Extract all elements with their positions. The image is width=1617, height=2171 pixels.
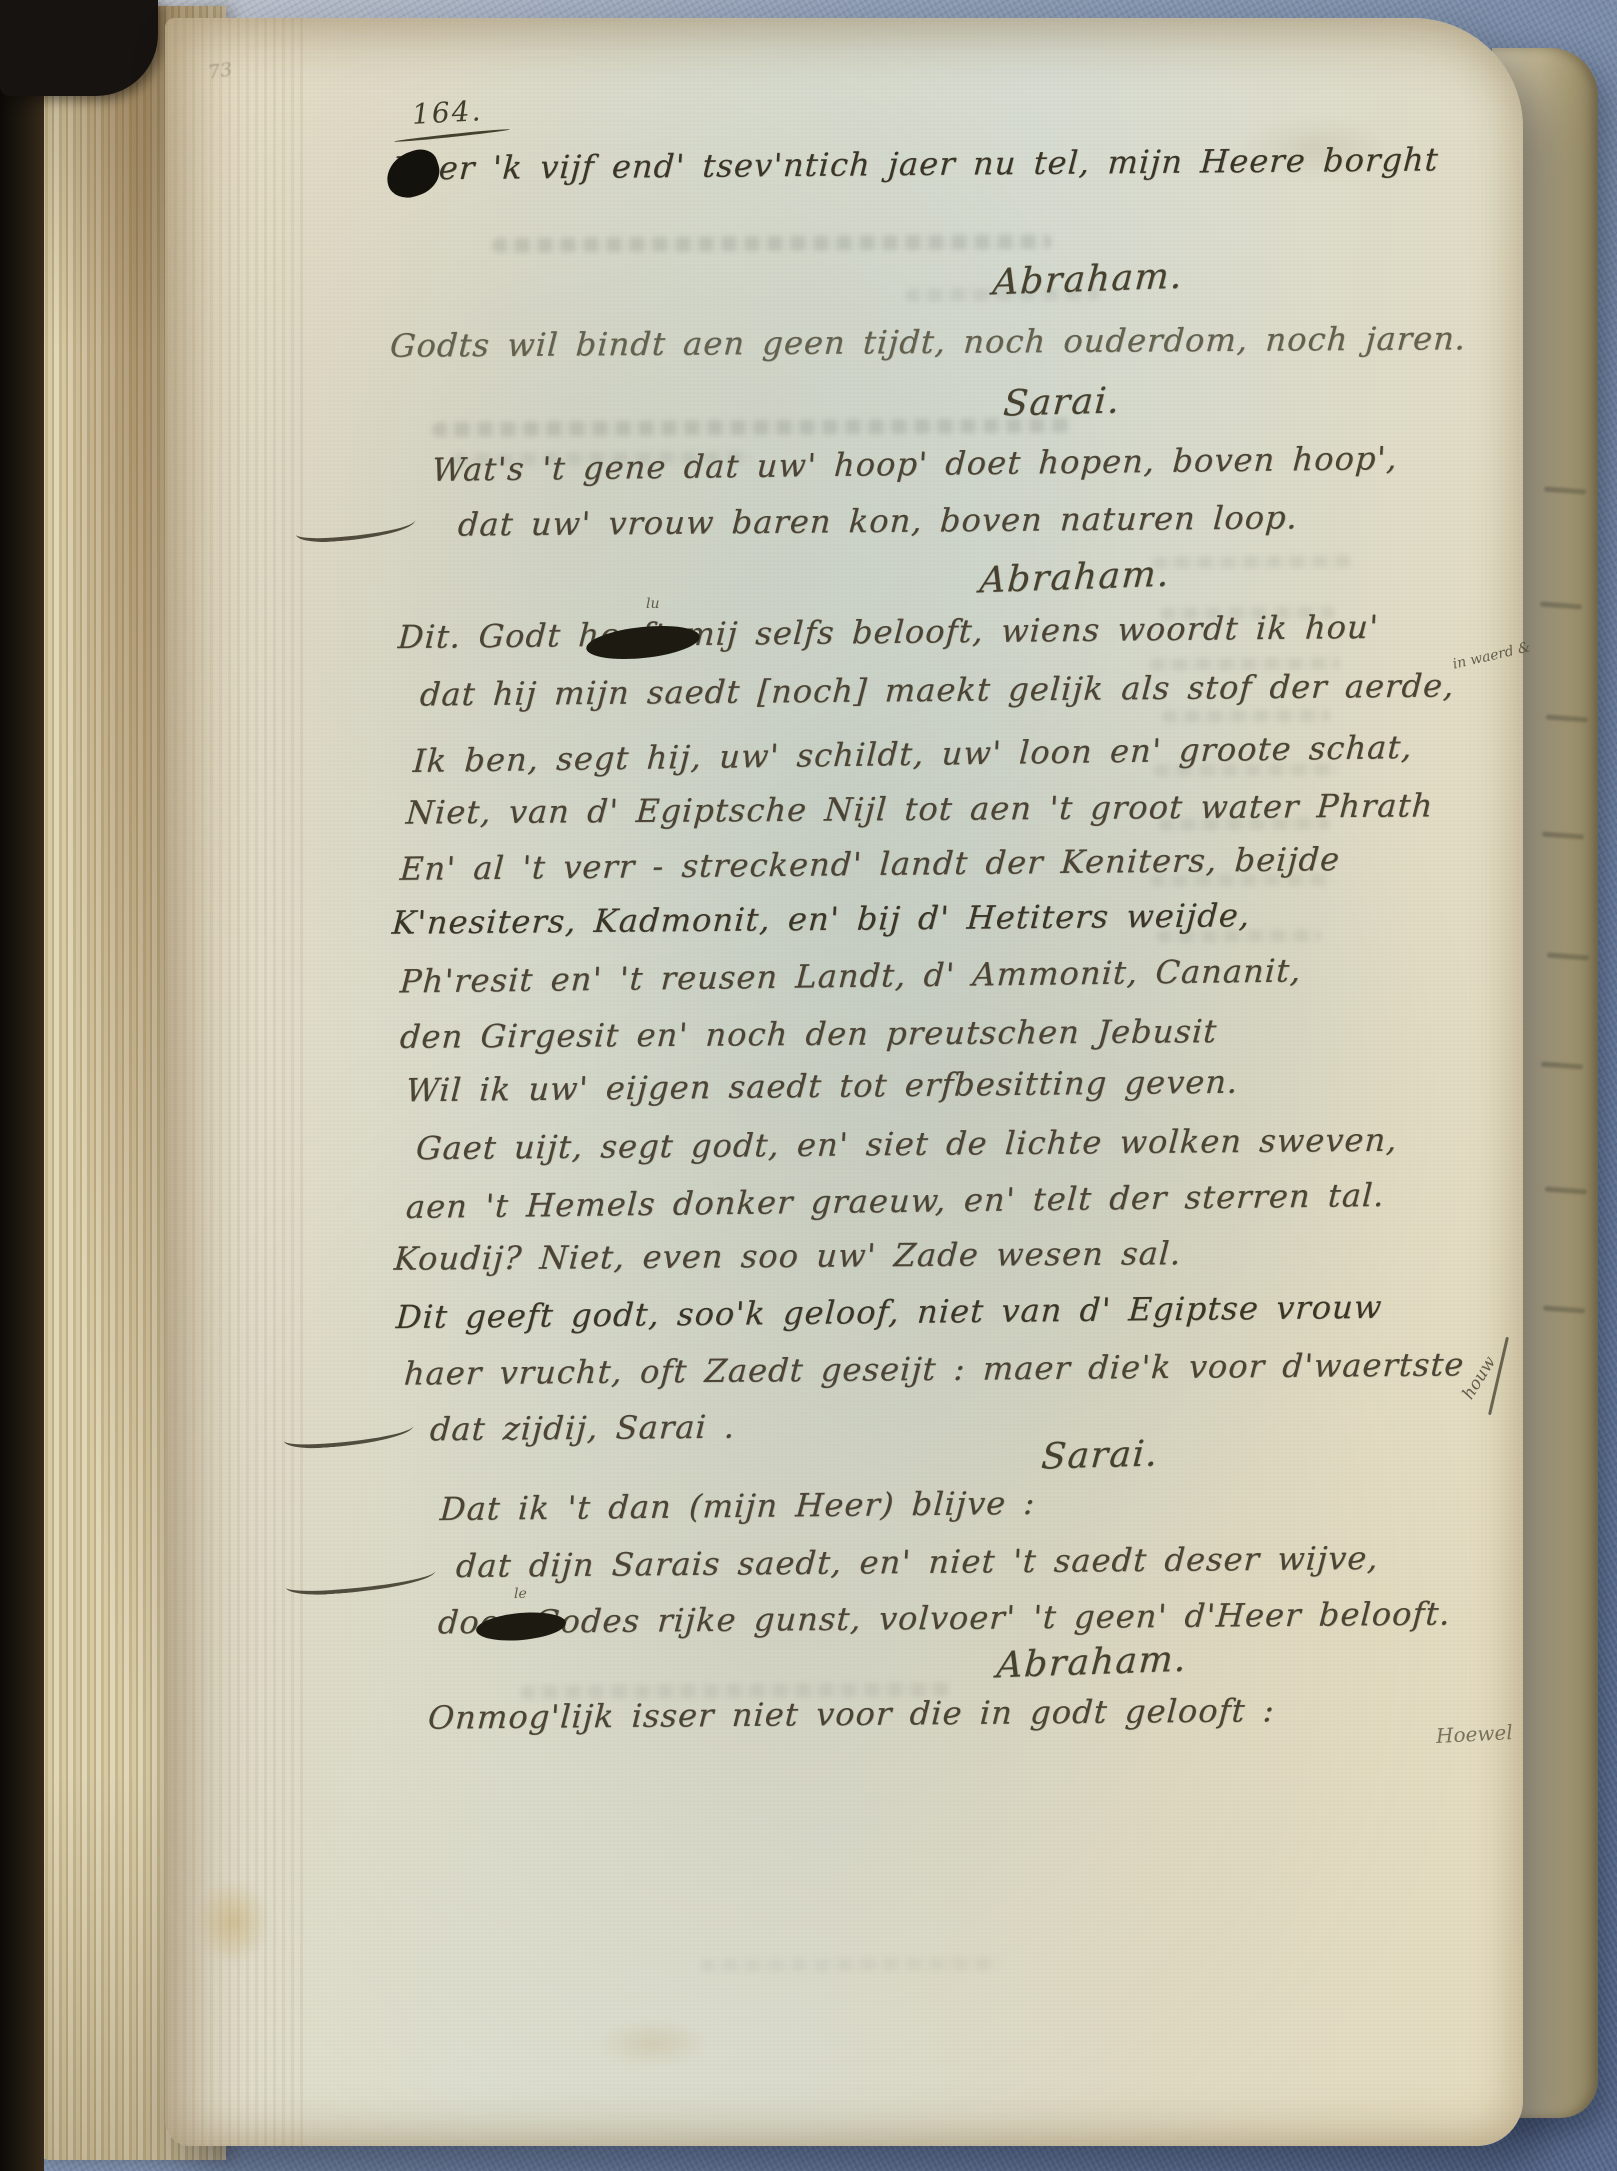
verse-line: dat uw' vrouw baren kon, boven naturen l… (457, 501, 1299, 540)
verse-line: Dat ik 't dan (mijn Heer) blijve : (439, 1487, 1036, 1525)
verse-line: haer vrucht, oft Zaedt geseijt : maer di… (403, 1348, 1465, 1389)
adjacent-page-script-marks (1538, 470, 1596, 1620)
verse-line: dat dijn Sarais saedt, en' niet 't saedt… (455, 1542, 1380, 1582)
paper-stain (196, 1880, 270, 1964)
manuscript-photo: { "manuscript": { "page_number": "164.",… (0, 0, 1617, 2171)
faint-folio-mark: 73 (207, 58, 234, 83)
bleedthrough-line (1152, 555, 1352, 568)
verse-line: Koudij? Niet, even soo uw' Zade wesen sa… (393, 1237, 1183, 1275)
speaker-heading: Abraham. (995, 1642, 1188, 1685)
speaker-heading: Abraham. (991, 259, 1184, 302)
catchword: Hoewel (1435, 1720, 1513, 1748)
verse-line: door Godes rijke gunst, volvoer' 't geen… (437, 1598, 1452, 1639)
verse-line: Godts wil bindt aen geen tijdt, noch oud… (389, 322, 1467, 362)
book-cover-corner (0, 0, 158, 96)
speaker-heading: Sarai. (1040, 1436, 1160, 1475)
verse-line: Onmog'lijk isser niet voor die in godt g… (427, 1694, 1276, 1733)
verse-line: Dit. Godt heeft mij selfs belooft, wiens… (397, 611, 1380, 653)
edge-script-mark (1546, 715, 1588, 723)
verse-line: den Girgesit en' noch den preutschen Jeb… (399, 1015, 1218, 1053)
verse-line: Wil ik uw' eijgen saedt tot erfbesitting… (405, 1066, 1239, 1107)
edge-script-mark (1545, 1187, 1587, 1195)
verse-line: Gaet uijt, segt godt, en' siet de lichte… (415, 1124, 1399, 1165)
bleedthrough-line (700, 1957, 1000, 1972)
paper-stain (598, 2020, 708, 2066)
edge-script-mark (1541, 1062, 1583, 1070)
edge-script-mark (1543, 1306, 1585, 1314)
verse-line: dat hij mijn saedt [noch] maekt gelijk a… (419, 669, 1455, 710)
verse-line: Dit geeft godt, soo'k geloof, niet van d… (395, 1291, 1383, 1333)
edge-script-mark (1547, 953, 1589, 961)
verse-line: En' al 't verr - streckend' landt der Ke… (399, 843, 1341, 885)
verse-line: K'nesiters, Kadmonit, en' bij d' Hetiter… (391, 899, 1251, 939)
verse-line: dat zijdij, Sarai . (429, 1411, 736, 1446)
edge-script-mark (1540, 602, 1582, 610)
verse-line: Ph'resit en' 't reusen Landt, d' Ammonit… (399, 954, 1302, 997)
verse-line: Niet, van d' Egiptsche Nijl tot aen 't g… (405, 789, 1434, 828)
book-spine (0, 0, 44, 2171)
overwrite-superscript: le (514, 1586, 527, 1602)
verse-line: Daer 'k vijf end' tsev'ntich jaer nu tel… (391, 143, 1440, 184)
speaker-heading: Abraham. (978, 557, 1171, 600)
edge-script-mark (1542, 832, 1584, 840)
overwrite-superscript: lu (646, 596, 660, 612)
bleedthrough-line (1162, 709, 1330, 722)
speaker-heading: Sarai. (1002, 383, 1122, 422)
page-number: 164. (411, 94, 483, 131)
edge-script-mark (1544, 487, 1586, 495)
